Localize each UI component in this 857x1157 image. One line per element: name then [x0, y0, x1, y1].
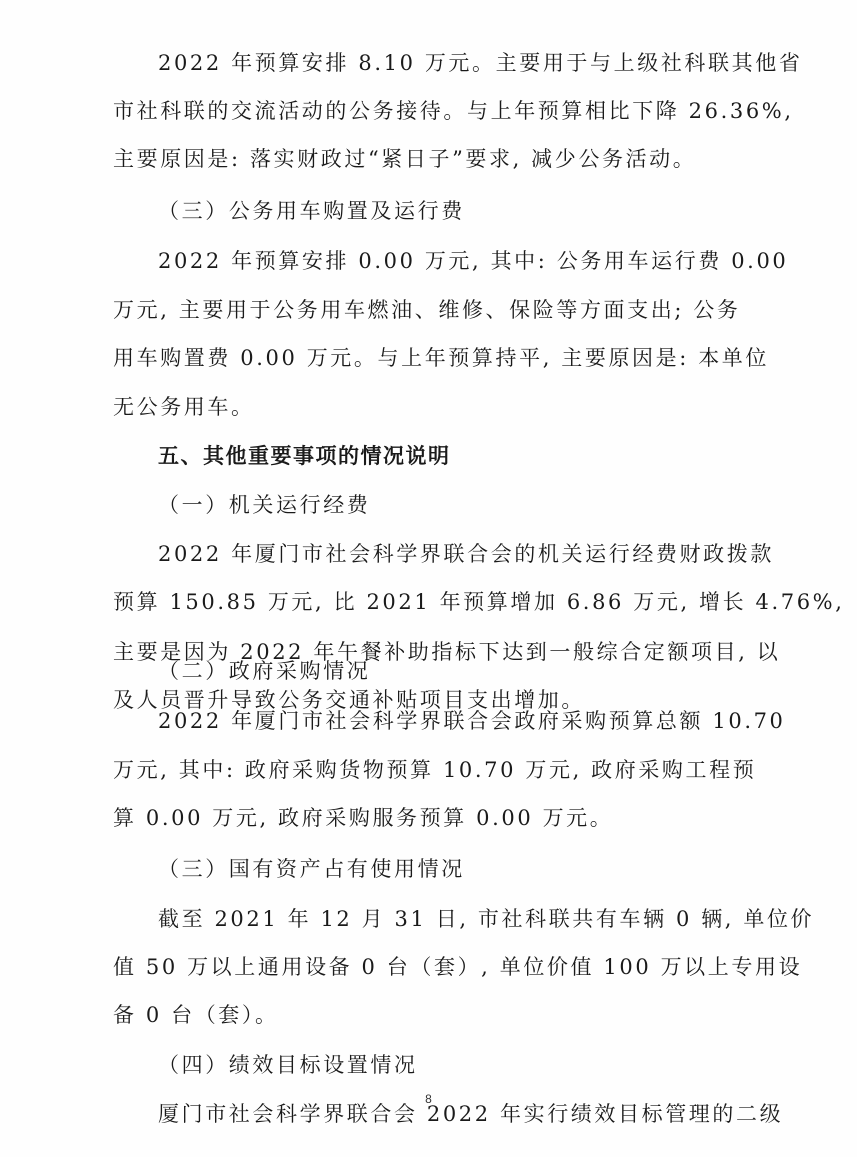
paragraph-line: 主要原因是: 落实财政过“紧日子”要求, 减少公务活动。 [113, 145, 696, 173]
paragraph-line: 无公务用车。 [113, 393, 255, 421]
paragraph-line: 值 50 万以上通用设备 0 台（套）, 单位价值 100 万以上专用设 [113, 953, 802, 981]
paragraph-line: 市社科联的交流活动的公务接待。与上年预算相比下降 26.36%, [113, 97, 794, 125]
paragraph-line: 万元, 其中: 政府采购货物预算 10.70 万元, 政府采购工程预 [113, 756, 756, 784]
subsection-heading: （三）国有资产占有使用情况 [158, 855, 465, 883]
document-page: 2022 年预算安排 8.10 万元。主要用于与上级社科联其他省 市社科联的交流… [0, 0, 857, 1157]
subsection-heading: （四）绩效目标设置情况 [158, 1051, 418, 1079]
paragraph-line: 万元, 主要用于公务用车燃油、维修、保险等方面支出; 公务 [113, 296, 741, 324]
page-number: 8 [0, 1092, 857, 1106]
subsection-heading: （一）机关运行经费 [158, 491, 370, 519]
paragraph-line: 用车购置费 0.00 万元。与上年预算持平, 主要原因是: 本单位 [113, 344, 769, 372]
paragraph-line: 截至 2021 年 12 月 31 日, 市社科联共有车辆 0 辆, 单位价 [158, 905, 814, 933]
section-heading: 五、其他重要事项的情况说明 [158, 442, 451, 470]
subsection-heading: （三）公务用车购置及运行费 [158, 197, 465, 225]
paragraph-line: 2022 年厦门市社会科学界联合会的机关运行经费财政拨款 [158, 540, 774, 568]
paragraph-line: 2022 年厦门市社会科学界联合会政府采购预算总额 10.70 [158, 707, 786, 735]
paragraph-line: 算 0.00 万元, 政府采购服务预算 0.00 万元。 [113, 804, 613, 832]
subsection-heading: （二）政府采购情况 [158, 657, 370, 685]
paragraph-line: 2022 年预算安排 8.10 万元。主要用于与上级社科联其他省 [158, 49, 802, 77]
paragraph-line: 预算 150.85 万元, 比 2021 年预算增加 6.86 万元, 增长 4… [113, 588, 845, 616]
paragraph-line: 2022 年预算安排 0.00 万元, 其中: 公务用车运行费 0.00 [158, 247, 788, 275]
paragraph-line: 备 0 台（套）。 [113, 1001, 279, 1029]
